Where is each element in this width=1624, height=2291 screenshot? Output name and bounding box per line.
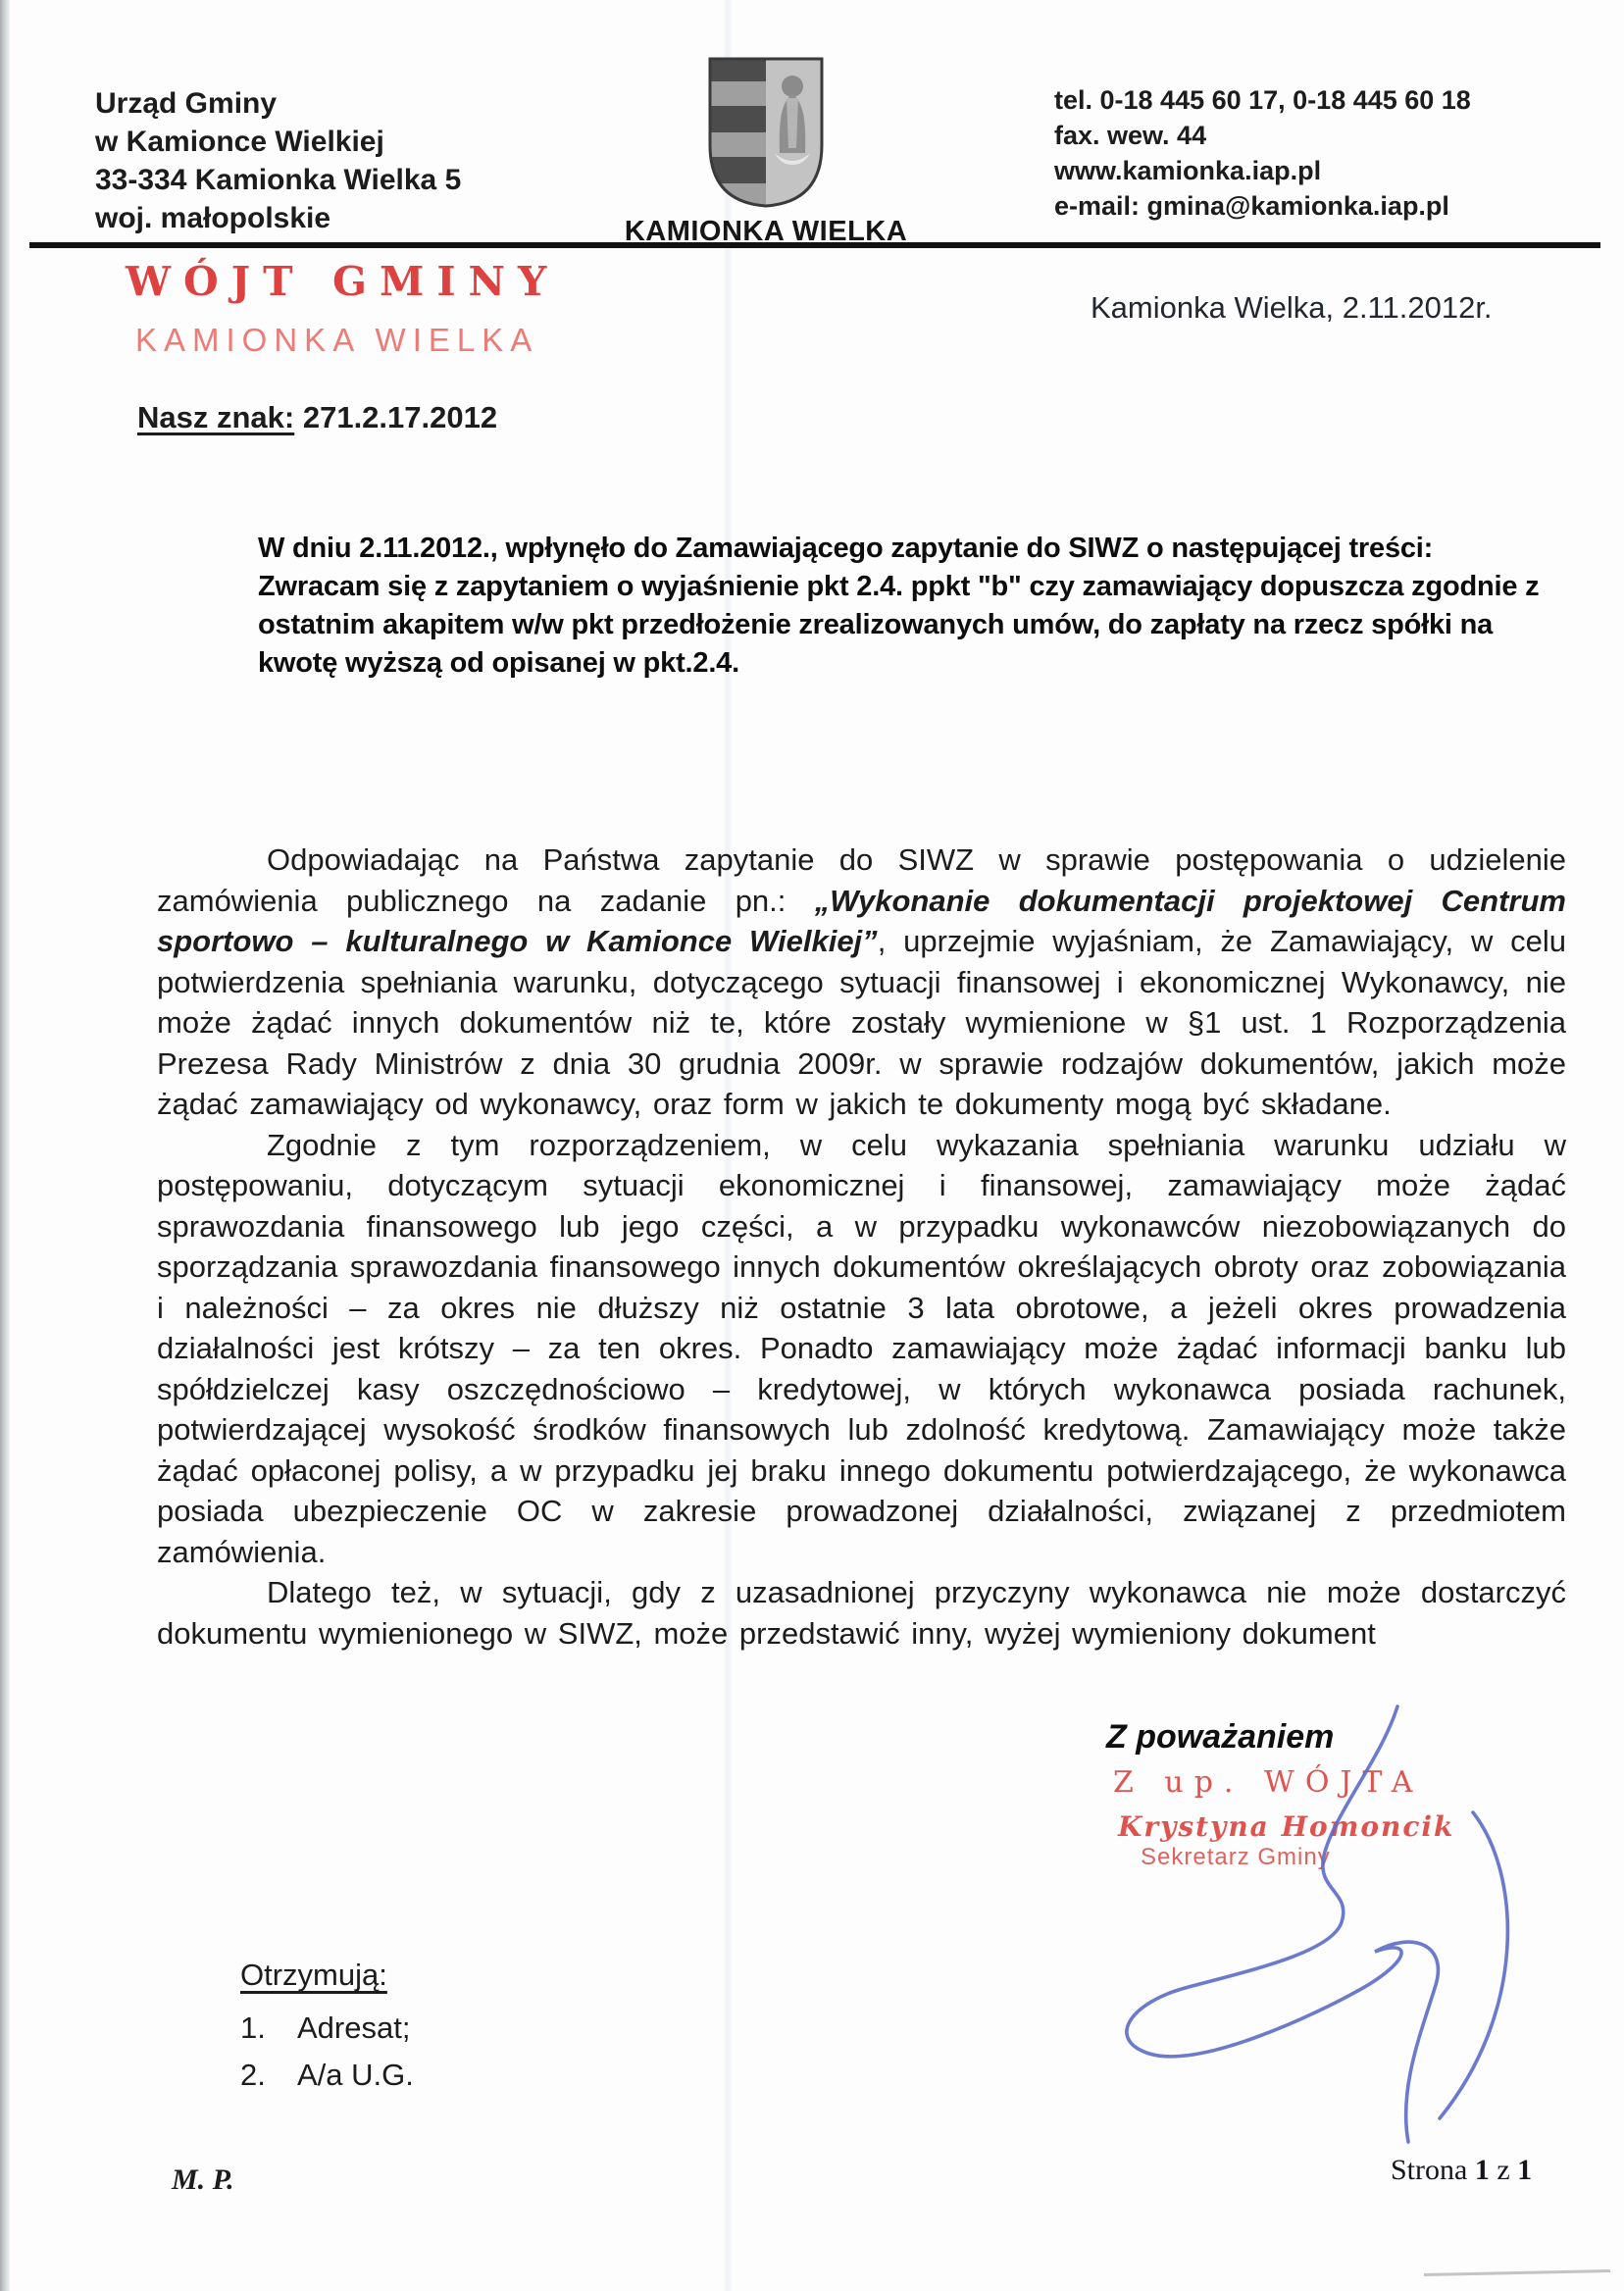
page-number-label: Strona 1 z 1 — [1391, 2154, 1532, 2187]
scan-edge-artifact — [0, 0, 10, 2291]
contact-line: www.kamionka.iap.pl — [1054, 153, 1471, 188]
signer-title-stamp: Sekretarz Gminy — [1141, 1844, 1331, 1871]
list-item: 2. A/a U.G. — [240, 2052, 414, 2099]
distribution-heading: Otrzymują: — [240, 1952, 414, 1999]
distribution-list: Otrzymują: 1. Adresat; 2. A/a U.G. — [240, 1952, 414, 2099]
reference-value: 271.2.17.2012 — [294, 400, 497, 434]
sender-line: 33-334 Kamionka Wielka 5 — [95, 161, 461, 199]
inquiry-question: Zwracam się z zapytaniem o wyjaśnienie p… — [258, 568, 1564, 683]
body-paragraph-1: Odpowiadając na Państwa zapytanie do SIW… — [157, 840, 1566, 1125]
municipality-emblem: KAMIONKA WIELKA — [588, 55, 943, 248]
sender-address-block: Urząd Gminy w Kamionce Wielkiej 33-334 K… — [95, 84, 461, 237]
scanned-letter-page: Urząd Gminy w Kamionce Wielkiej 33-334 K… — [0, 0, 1624, 2291]
signer-name-stamp: Krystyna Homoncik — [1118, 1810, 1454, 1843]
list-item-number: 1. — [240, 2005, 297, 2052]
closing-phrase: Z poważaniem — [1106, 1718, 1334, 1756]
footer-initials: M. P. — [172, 2164, 234, 2197]
office-stamp-subtitle: KAMIONKA WIELKA — [135, 322, 538, 359]
scan-corner-artifact — [1424, 2269, 1610, 2276]
sender-line: w Kamionce Wielkiej — [95, 123, 461, 161]
list-item-text: Adresat; — [297, 2005, 410, 2052]
sender-line: woj. małopolskie — [95, 199, 461, 237]
contact-line: e-mail: gmina@kamionka.iap.pl — [1054, 188, 1471, 224]
reference-number-line: Nasz znak: 271.2.17.2012 — [137, 400, 497, 435]
inquiry-intro: W dniu 2.11.2012., wpłynęło do Zamawiają… — [258, 530, 1564, 568]
contact-line: fax. wew. 44 — [1054, 118, 1471, 153]
page-total: 1 — [1517, 2154, 1532, 2186]
page-of-word: z — [1490, 2154, 1517, 2186]
body-paragraph-3: Dlatego też, w sytuacji, gdy z uzasadnio… — [157, 1572, 1566, 1654]
page-word: Strona — [1391, 2154, 1475, 2186]
list-item: 1. Adresat; — [240, 2005, 414, 2052]
inquiry-quotation: W dniu 2.11.2012., wpłynęło do Zamawiają… — [258, 530, 1564, 683]
office-stamp-title: WÓJT GMINY — [126, 258, 559, 305]
coat-of-arms-icon — [706, 55, 826, 210]
sender-line: Urząd Gminy — [95, 84, 461, 123]
body-paragraph-2: Zgodnie z tym rozporządzeniem, w celu wy… — [157, 1125, 1566, 1573]
contact-info-block: tel. 0-18 445 60 17, 0-18 445 60 18 fax.… — [1054, 82, 1471, 224]
contact-line: tel. 0-18 445 60 17, 0-18 445 60 18 — [1054, 82, 1471, 118]
place-and-date: Kamionka Wielka, 2.11.2012r. — [1091, 290, 1493, 326]
header-divider-rule — [29, 242, 1600, 248]
letter-body: Odpowiadając na Państwa zapytanie do SIW… — [157, 840, 1566, 1654]
page-number: 1 — [1475, 2154, 1490, 2186]
list-item-number: 2. — [240, 2052, 297, 2099]
reference-label: Nasz znak: — [137, 400, 294, 434]
list-item-text: A/a U.G. — [297, 2052, 414, 2099]
signer-role-stamp: Z up. WÓJTA — [1113, 1765, 1423, 1800]
